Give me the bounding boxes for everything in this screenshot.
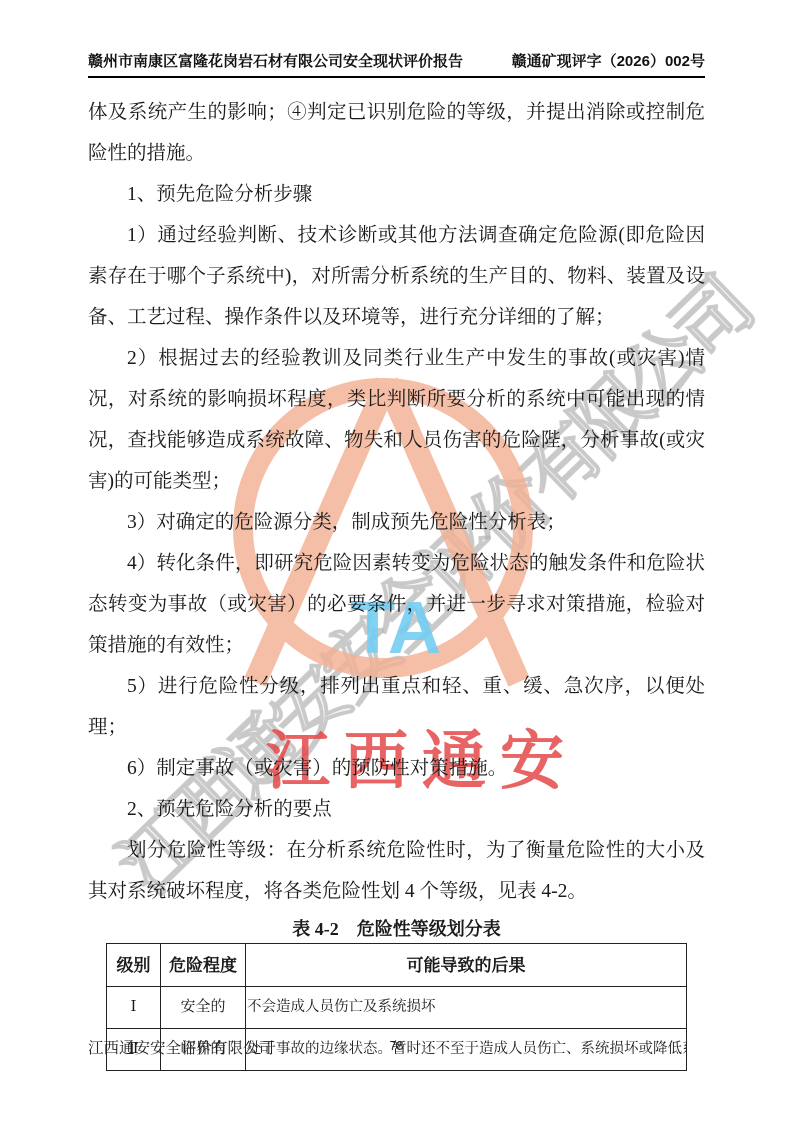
table-header-row: 级别 危险程度 可能导致的后果 <box>107 944 687 987</box>
body-paragraph: 体及系统产生的影响；④判定已识别危险的等级，并提出消除或控制危险性的措施。 <box>88 92 705 174</box>
page-header: 赣州市南康区富隆花岗岩石材有限公司安全现状评价报告 赣通矿现评字（2026）00… <box>88 50 705 78</box>
body-paragraph: 2）根据过去的经验教训及同类行业生产中发生的事故(或灾害)情况，对系统的影响损坏… <box>88 338 705 502</box>
body-paragraph: 6）制定事故（或灾害）的预防性对策措施。 <box>88 748 705 789</box>
content-layer: 赣州市南康区富隆花岗岩石材有限公司安全现状评价报告 赣通矿现评字（2026）00… <box>0 0 793 1122</box>
table-caption: 表 4-2 危险性等级划分表 <box>88 917 705 941</box>
body-paragraph: 5）进行危险性分级，排列出重点和轻、重、缓、急次序，以便处理； <box>88 666 705 748</box>
table-row: Ⅰ 安全的 不会造成人员伤亡及系统损坏 <box>107 987 687 1029</box>
body-paragraph: 4）转化条件，即研究危险因素转变为危险状态的触发条件和危险状态转变为事故（或灾害… <box>88 543 705 666</box>
col-header-grade: 级别 <box>107 944 161 987</box>
cell-consequence: 不会造成人员伤亡及系统损坏 <box>246 987 687 1029</box>
body-paragraph: 2、预先危险分析的要点 <box>88 789 705 830</box>
header-doc-number: 赣通矿现评字（2026）002号 <box>512 50 705 71</box>
header-report-title: 赣州市南康区富隆花岗岩石材有限公司安全现状评价报告 <box>88 50 463 71</box>
col-header-danger-level: 危险程度 <box>161 944 246 987</box>
body-paragraph: 1、预先危险分析步骤 <box>88 174 705 215</box>
document-body: 体及系统产生的影响；④判定已识别危险的等级，并提出消除或控制危险性的措施。 1、… <box>88 92 705 1071</box>
body-paragraph: 3）对确定的危险源分类，制成预先危险性分析表； <box>88 502 705 543</box>
cell-grade: Ⅰ <box>107 987 161 1029</box>
body-paragraph: 1）通过经验判断、技术诊断或其他方法调查确定危险源(即危险因素存在于哪个子系统中… <box>88 215 705 338</box>
document-page: 江西通安安全评价有限公司 TA 江西通安 赣州市南康区富隆花岗岩石材有限公司安全… <box>0 0 793 1122</box>
body-paragraph: 划分危险性等级：在分析系统危险性时，为了衡量危险性的大小及其对系统破坏程度，将各… <box>88 830 705 912</box>
footer-page-number: 78 <box>88 1039 705 1053</box>
cell-danger-level: 安全的 <box>161 987 246 1029</box>
col-header-consequence: 可能导致的后果 <box>246 944 687 987</box>
